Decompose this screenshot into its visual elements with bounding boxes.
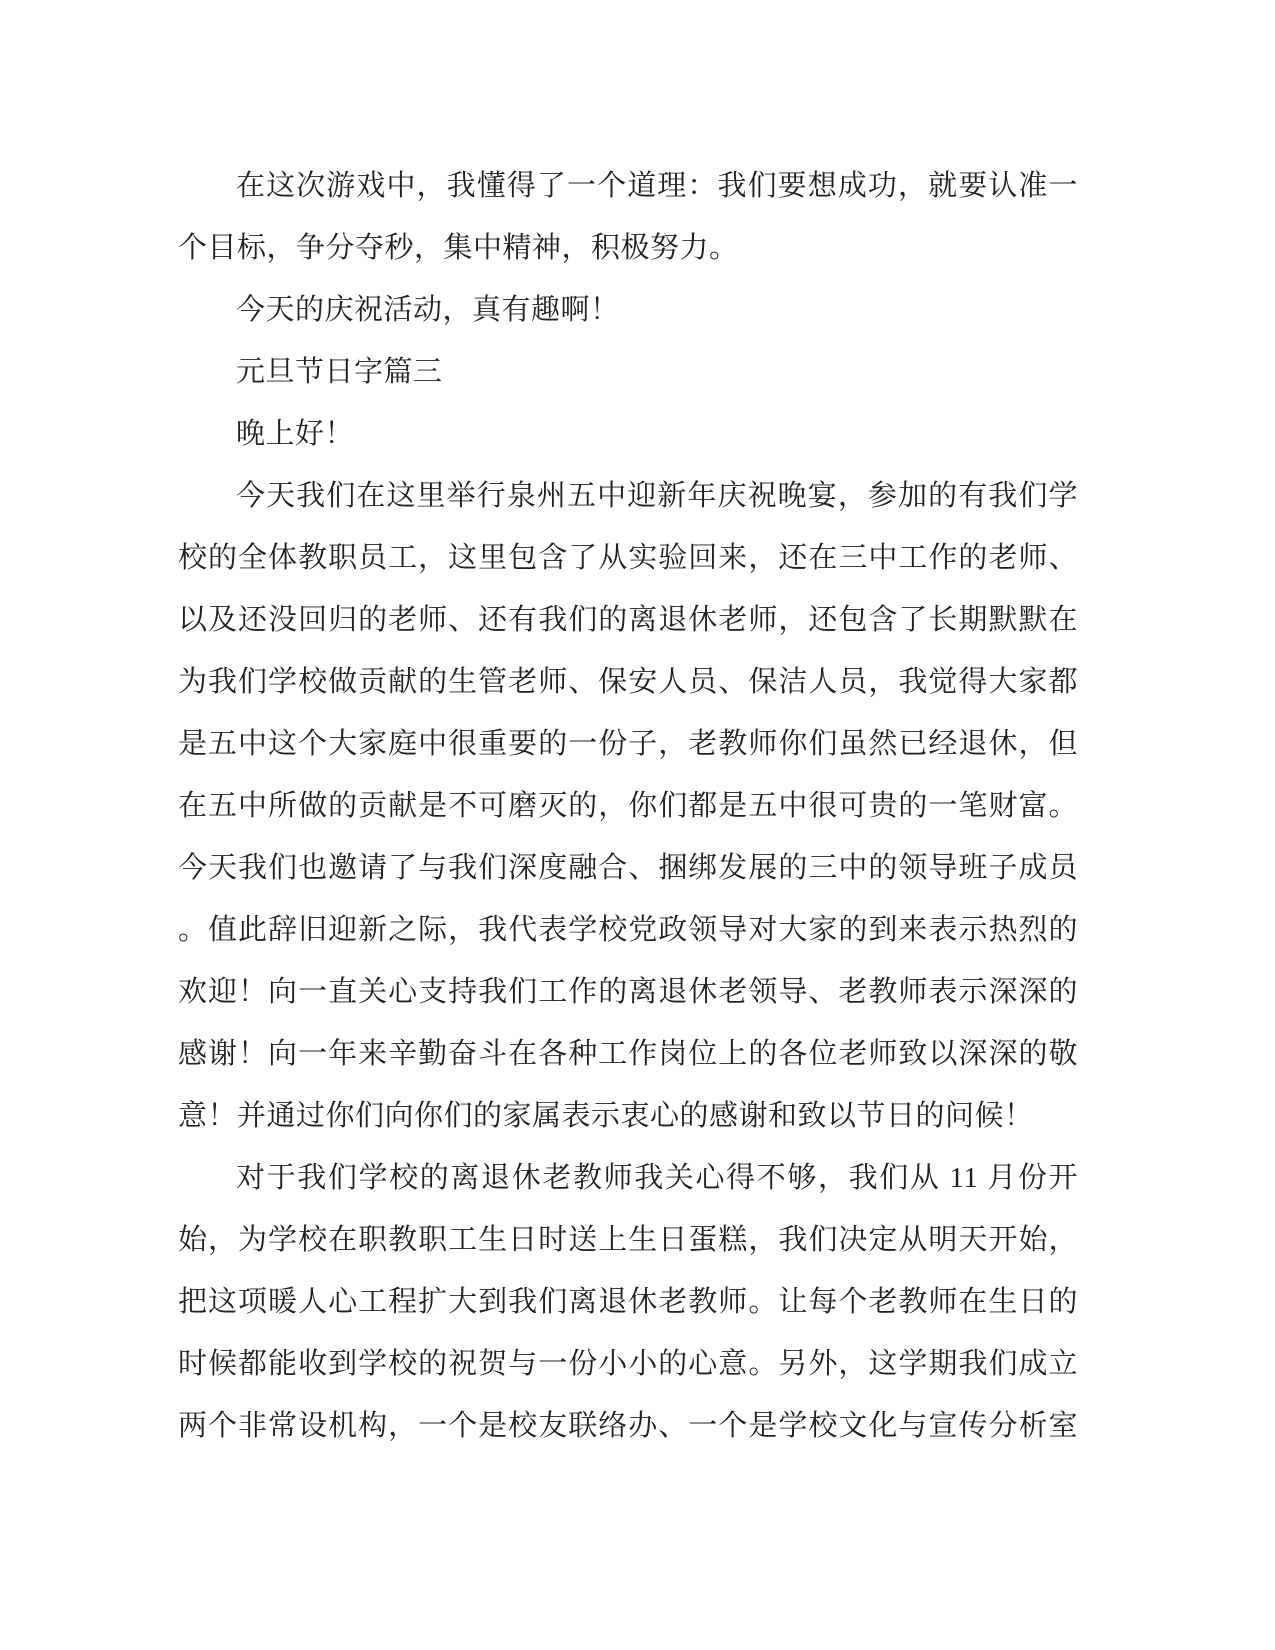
text-line: 时候都能收到学校的祝贺与一份小小的心意。另外，这学期我们成立 [178, 1333, 1078, 1395]
text-line: 校的全体教职员工，这里包含了从实验回来，还在三中工作的老师、 [178, 527, 1078, 589]
text-line: 个目标，争分夺秒，集中精神，积极努力。 [178, 217, 1078, 279]
text-line: 今天我们也邀请了与我们深度融合、捆绑发展的三中的领导班子成员 [178, 837, 1078, 899]
text-line: 今天我们在这里举行泉州五中迎新年庆祝晚宴，参加的有我们学 [178, 465, 1078, 527]
text-line: 为我们学校做贡献的生管老师、保安人员、保洁人员，我觉得大家都 [178, 651, 1078, 713]
text-line: 感谢！向一年来辛勤奋斗在各种工作岗位上的各位老师致以深深的敬 [178, 1023, 1078, 1085]
text-line: 今天的庆祝活动，真有趣啊！ [178, 279, 1078, 341]
text-line: 意！并通过你们向你们的家属表示衷心的感谢和致以节日的问候！ [178, 1085, 1078, 1147]
text-line: 以及还没回归的老师、还有我们的离退休老师，还包含了长期默默在 [178, 589, 1078, 651]
text-line: 在这次游戏中，我懂得了一个道理：我们要想成功，就要认准一 [178, 155, 1078, 217]
text-line: 始，为学校在职教职工生日时送上生日蛋糕，我们决定从明天开始， [178, 1209, 1078, 1271]
text-line: 两个非常设机构，一个是校友联络办、一个是学校文化与宣传分析室 [178, 1395, 1078, 1457]
section-heading: 元旦节日字篇三 [178, 341, 1078, 403]
text-line: 对于我们学校的离退休老教师我关心得不够，我们从 11 月份开 [178, 1147, 1078, 1209]
text-line: 在五中所做的贡献是不可磨灭的，你们都是五中很可贵的一笔财富。 [178, 775, 1078, 837]
text-line: 是五中这个大家庭中很重要的一份子，老教师你们虽然已经退休，但 [178, 713, 1078, 775]
text-line: 欢迎！向一直关心支持我们工作的离退休老领导、老教师表示深深的 [178, 961, 1078, 1023]
text-line: 把这项暖人心工程扩大到我们离退休老教师。让每个老教师在生日的 [178, 1271, 1078, 1333]
text-line: 。值此辞旧迎新之际，我代表学校党政领导对大家的到来表示热烈的 [178, 899, 1078, 961]
text-line: 晚上好！ [178, 403, 1078, 465]
document-page: 在这次游戏中，我懂得了一个道理：我们要想成功，就要认准一 个目标，争分夺秒，集中… [0, 0, 1275, 1650]
